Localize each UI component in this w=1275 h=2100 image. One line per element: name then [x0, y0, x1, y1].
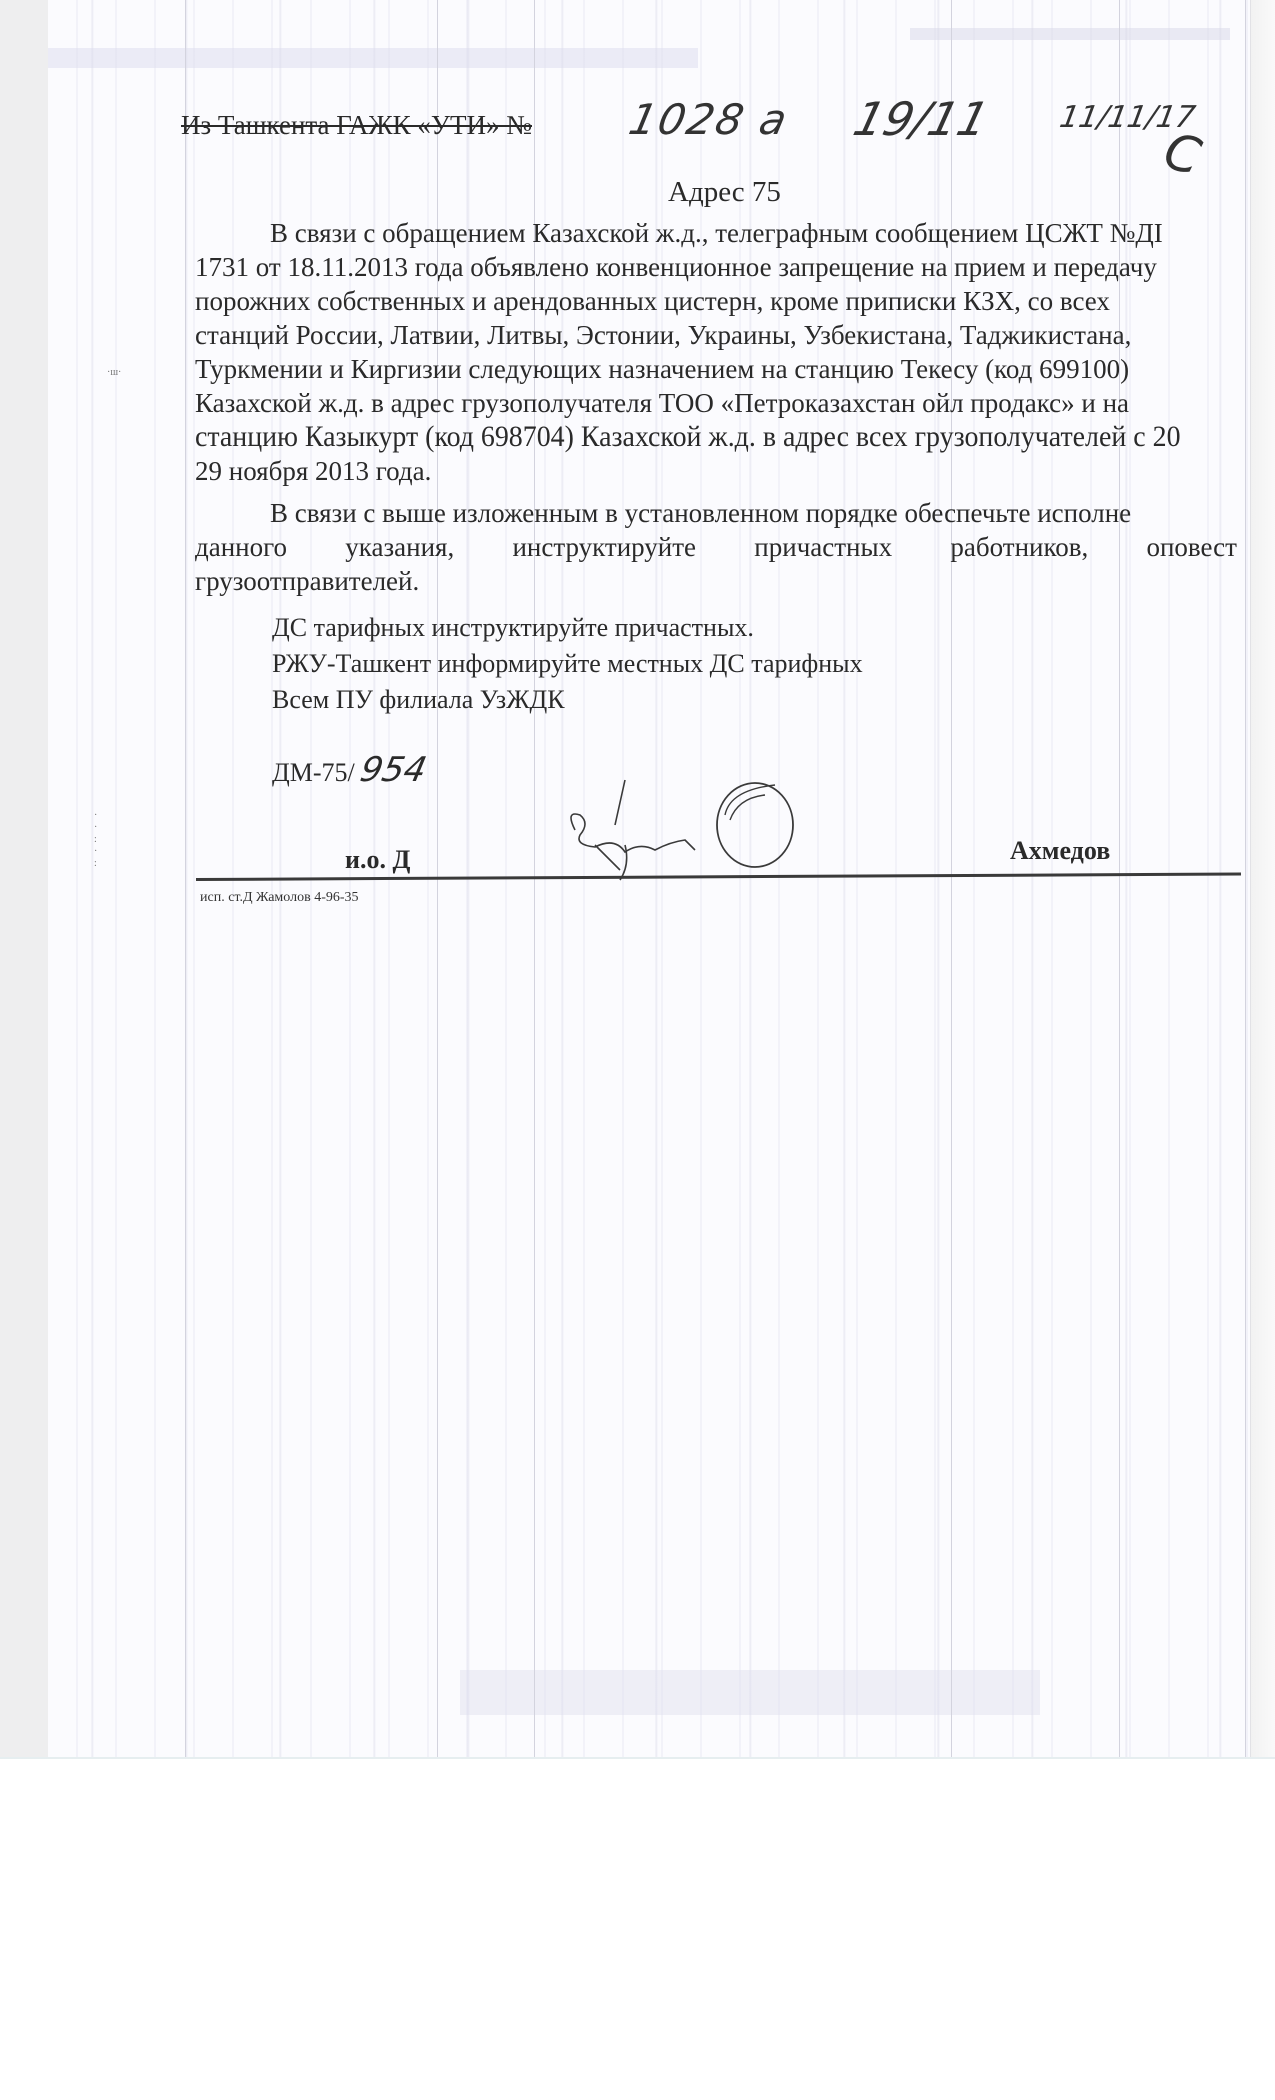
- margin-dots: ··:·:: [94, 810, 97, 870]
- reference-number: ДМ-75/ 954: [272, 750, 426, 790]
- instructions: ДС тарифных инструктируйте причастных. Р…: [272, 610, 863, 718]
- signatory-title: и.о. Д: [345, 845, 410, 875]
- body-line: станцию Казыкурт (код 698704) Казахской …: [195, 420, 1164, 454]
- body-line: станций России, Латвии, Литвы, Эстонии, …: [195, 318, 1237, 352]
- body-line: В связи с выше изложенным в установленно…: [195, 496, 1237, 530]
- word: причастных: [754, 530, 892, 564]
- origin-struck-text: Из Ташкента ГАЖК «УТИ» №: [181, 110, 532, 140]
- scan-artifact: [460, 1670, 1040, 1715]
- signature-icon: [555, 775, 805, 885]
- body-line: 29 ноября 2013 года.: [195, 454, 1237, 488]
- word: работников,: [950, 530, 1088, 564]
- scan-artifact: [48, 48, 698, 68]
- scan-streak: [185, 0, 186, 1757]
- word: оповест: [1146, 530, 1236, 564]
- reference-prefix: ДМ-75/: [272, 758, 355, 787]
- body-line: 1731 от 18.11.2013 года объявлено конвен…: [195, 250, 1237, 284]
- word: данного: [195, 530, 287, 564]
- body-line: Туркмении и Киргизии следующих назначени…: [195, 352, 1237, 386]
- body-line: грузоотправителей.: [195, 564, 1237, 598]
- handwritten-number: 1028 а: [625, 95, 793, 144]
- body-line-justified: данного указания, инструктируйте причаст…: [195, 530, 1237, 564]
- address-heading: Адрес 75: [668, 176, 781, 209]
- instruction-line: РЖУ-Ташкент информируйте местных ДС тари…: [272, 646, 863, 682]
- word: инструктируйте: [512, 530, 696, 564]
- body-line: порожних собственных и арендованных цист…: [195, 284, 1237, 318]
- reference-handwritten: 954: [357, 750, 430, 790]
- instruction-line: Всем ПУ филиала УзЖДК: [272, 682, 863, 718]
- body-line: Казахской ж.д. в адрес грузополучателя Т…: [195, 386, 1237, 420]
- margin-mark: ·ш·: [107, 367, 121, 378]
- telegram-header: Из Ташкента ГАЖК «УТИ» №: [181, 110, 532, 141]
- telegram-body: В связи с обращением Казахской ж.д., тел…: [195, 216, 1237, 598]
- signatory-name: Ахмедов: [1010, 836, 1110, 866]
- executor-note: исп. ст.Д Жамолов 4-96-35: [200, 890, 359, 906]
- body-line: В связи с обращением Казахской ж.д., тел…: [195, 216, 1237, 250]
- scan-streak: [1245, 0, 1246, 1757]
- scan-left-edge: [0, 0, 48, 1757]
- instruction-line: ДС тарифных инструктируйте причастных.: [272, 610, 863, 646]
- handwritten-date: 19/11: [848, 92, 994, 146]
- word: указания,: [345, 530, 454, 564]
- scan-right-edge: [1250, 0, 1275, 1757]
- scan-artifact: [910, 28, 1230, 40]
